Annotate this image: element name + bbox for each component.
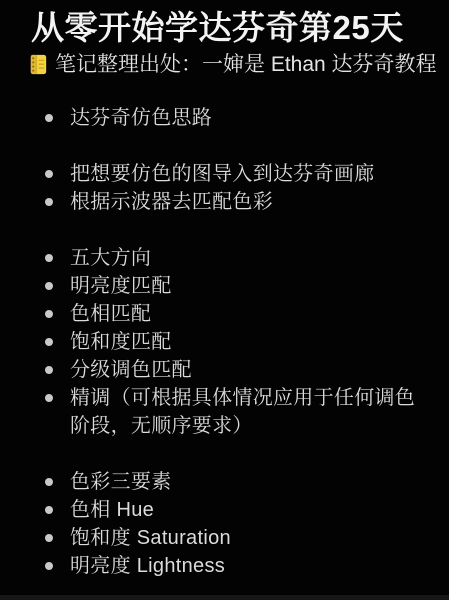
bullet-icon <box>45 282 53 290</box>
list-item: 饱和度匹配 <box>45 328 449 356</box>
list-item-text: 饱和度匹配 <box>70 328 172 356</box>
bullet-icon <box>45 338 53 346</box>
list-item: 分级调色匹配 <box>45 356 449 384</box>
list-item-text: 五大方向 <box>70 244 151 272</box>
list-item: 五大方向 <box>45 244 449 272</box>
list-item-text: 色相 Hue <box>70 496 154 524</box>
bullet-group-2: 把想要仿色的图导入到达芬奇画廊 根据示波器去匹配色彩 <box>0 160 449 216</box>
list-item: 达芬奇仿色思路 <box>45 104 449 132</box>
list-item-text: 分级调色匹配 <box>70 356 192 384</box>
list-item: 色相匹配 <box>45 300 449 328</box>
bullet-icon <box>45 478 53 486</box>
list-item-text: 明亮度 Lightness <box>70 552 225 580</box>
page-title: 从零开始学达芬奇第25天 <box>0 0 449 48</box>
list-item-text: 色相匹配 <box>70 300 151 328</box>
note-source-line: 笔记整理出处：一婶是 Ethan 达芬奇教程 <box>27 51 449 78</box>
list-item-text: 明亮度匹配 <box>70 272 172 300</box>
list-item: 把想要仿色的图导入到达芬奇画廊 <box>45 160 449 188</box>
list-item: 根据示波器去匹配色彩 <box>45 188 449 216</box>
note-source-text: 笔记整理出处：一婶是 Ethan 达芬奇教程 <box>55 51 437 78</box>
list-item: 饱和度 Saturation <box>45 524 449 552</box>
bullet-icon <box>45 506 53 514</box>
bottom-edge-strip <box>0 595 449 600</box>
list-item: 精调（可根据具体情况应用于任何调色阶段，无顺序要求） <box>45 384 449 440</box>
bullet-icon <box>45 198 53 206</box>
bullet-group-4: 色彩三要素 色相 Hue 饱和度 Saturation 明亮度 Lightnes… <box>0 468 449 580</box>
list-item: 明亮度匹配 <box>45 272 449 300</box>
list-item-text: 色彩三要素 <box>70 468 172 496</box>
note-page: 从零开始学达芬奇第25天 笔记整理出处：一婶是 Ethan 达芬奇教程 达芬奇仿… <box>0 0 449 600</box>
bullet-icon <box>45 310 53 318</box>
bullet-icon <box>45 170 53 178</box>
list-item-text: 精调（可根据具体情况应用于任何调色阶段，无顺序要求） <box>70 384 422 440</box>
list-item-text: 根据示波器去匹配色彩 <box>70 188 273 216</box>
list-item-text: 饱和度 Saturation <box>70 524 231 552</box>
bullet-icon <box>45 562 53 570</box>
list-item: 色彩三要素 <box>45 468 449 496</box>
notes-list: 达芬奇仿色思路 把想要仿色的图导入到达芬奇画廊 根据示波器去匹配色彩 五大方向 … <box>0 104 449 580</box>
bullet-icon <box>45 394 53 402</box>
list-item: 明亮度 Lightness <box>45 552 449 580</box>
bullet-icon <box>45 114 53 122</box>
bullet-icon <box>45 254 53 262</box>
notebook-icon <box>27 53 50 76</box>
list-item-text: 达芬奇仿色思路 <box>70 104 212 132</box>
bullet-group-1: 达芬奇仿色思路 <box>0 104 449 132</box>
bullet-icon <box>45 534 53 542</box>
bullet-group-3: 五大方向 明亮度匹配 色相匹配 饱和度匹配 分级调色匹配 精调（可根据具体情况应… <box>0 244 449 440</box>
list-item: 色相 Hue <box>45 496 449 524</box>
bullet-icon <box>45 366 53 374</box>
list-item-text: 把想要仿色的图导入到达芬奇画廊 <box>70 160 375 188</box>
